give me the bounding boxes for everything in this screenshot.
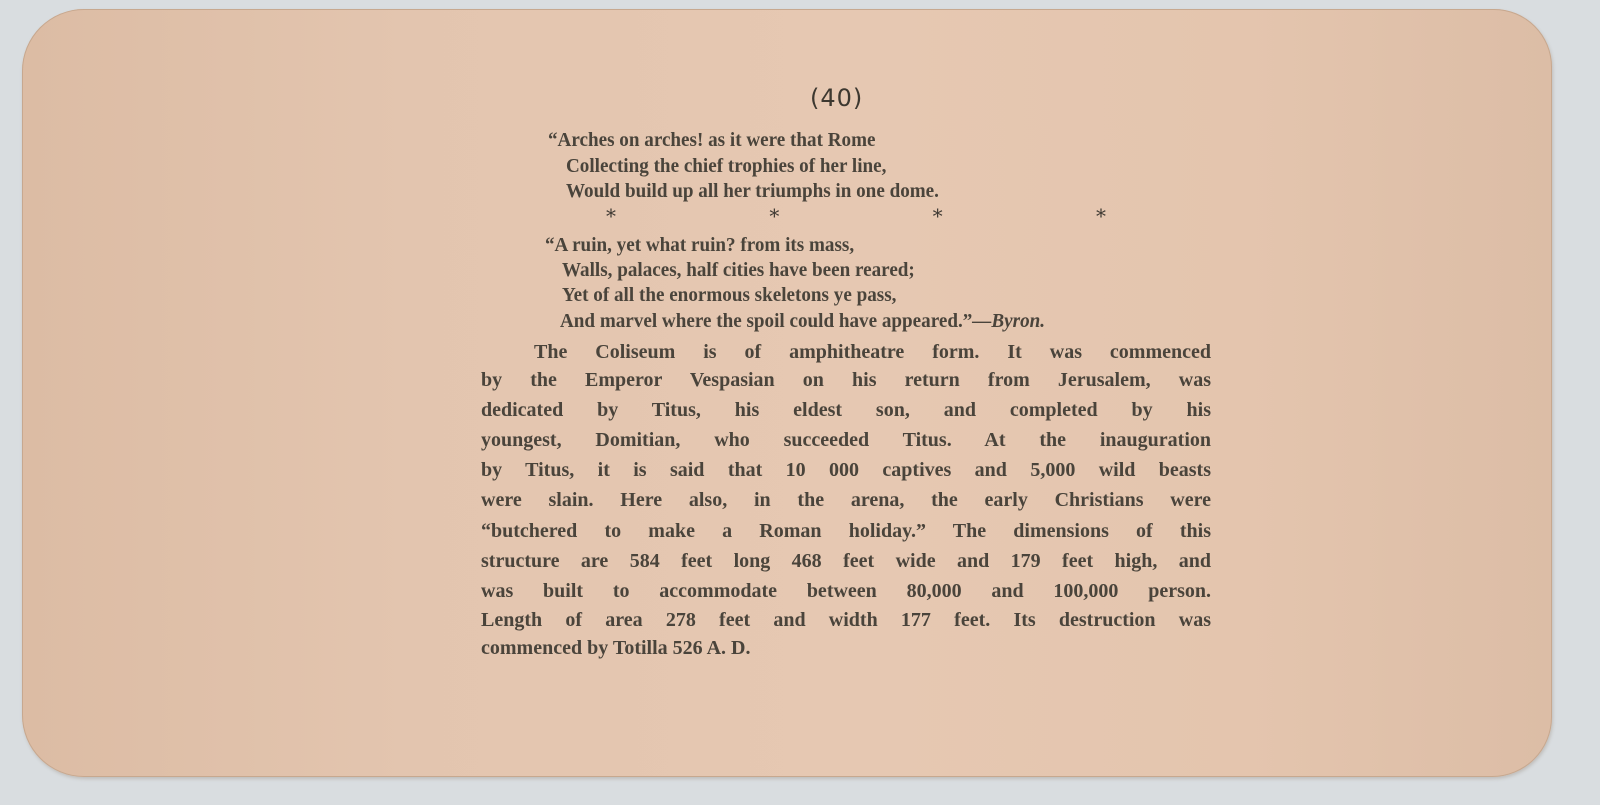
asterisk: * — [1096, 204, 1106, 228]
prose-line: “butchered to make a Roman holiday.” The… — [481, 517, 1211, 545]
prose-line: Length of area 278 feet and width 177 fe… — [481, 606, 1211, 634]
verse-2-last-line: And marvel where the spoil could have ap… — [560, 311, 972, 332]
prose-line: The Coliseum is of amphitheatre form. It… — [534, 338, 1211, 366]
page-number: (40) — [810, 84, 863, 112]
prose-line: dedicated by Titus, his eldest son, and … — [481, 396, 1211, 424]
verse-1-line: Collecting the chief trophies of her lin… — [566, 155, 886, 179]
verse-2-line: “A ruin, yet what ruin? from its mass, — [545, 234, 854, 258]
prose-line: by Titus, it is said that 10 000 captive… — [481, 456, 1211, 484]
verse-2-line: Walls, palaces, half cities have been re… — [562, 259, 915, 283]
prose-line: were slain. Here also, in the arena, the… — [481, 486, 1211, 514]
verse-1-line: Would build up all her triumphs in one d… — [566, 180, 939, 204]
asterisk: * — [606, 204, 616, 228]
prose-line: commenced by Totilla 526 A. D. — [481, 634, 1211, 662]
verse-2-line: Yet of all the enormous skeletons ye pas… — [562, 284, 896, 308]
attribution: —Byron. — [972, 311, 1045, 332]
prose-line: youngest, Domitian, who succeeded Titus.… — [481, 426, 1211, 454]
asterisk: * — [933, 204, 943, 228]
card-text: (40) “Arches on arches! as it were that … — [0, 0, 1600, 805]
prose-line: by the Emperor Vespasian on his return f… — [481, 366, 1211, 394]
prose-line: was built to accommodate between 80,000 … — [481, 577, 1211, 605]
stanza-separator: * * * * — [606, 204, 1106, 228]
verse-2-line: And marvel where the spoil could have ap… — [560, 310, 1045, 334]
prose-line: structure are 584 feet long 468 feet wid… — [481, 547, 1211, 575]
verse-1-line: “Arches on arches! as it were that Rome — [548, 129, 875, 153]
asterisk: * — [769, 204, 779, 228]
